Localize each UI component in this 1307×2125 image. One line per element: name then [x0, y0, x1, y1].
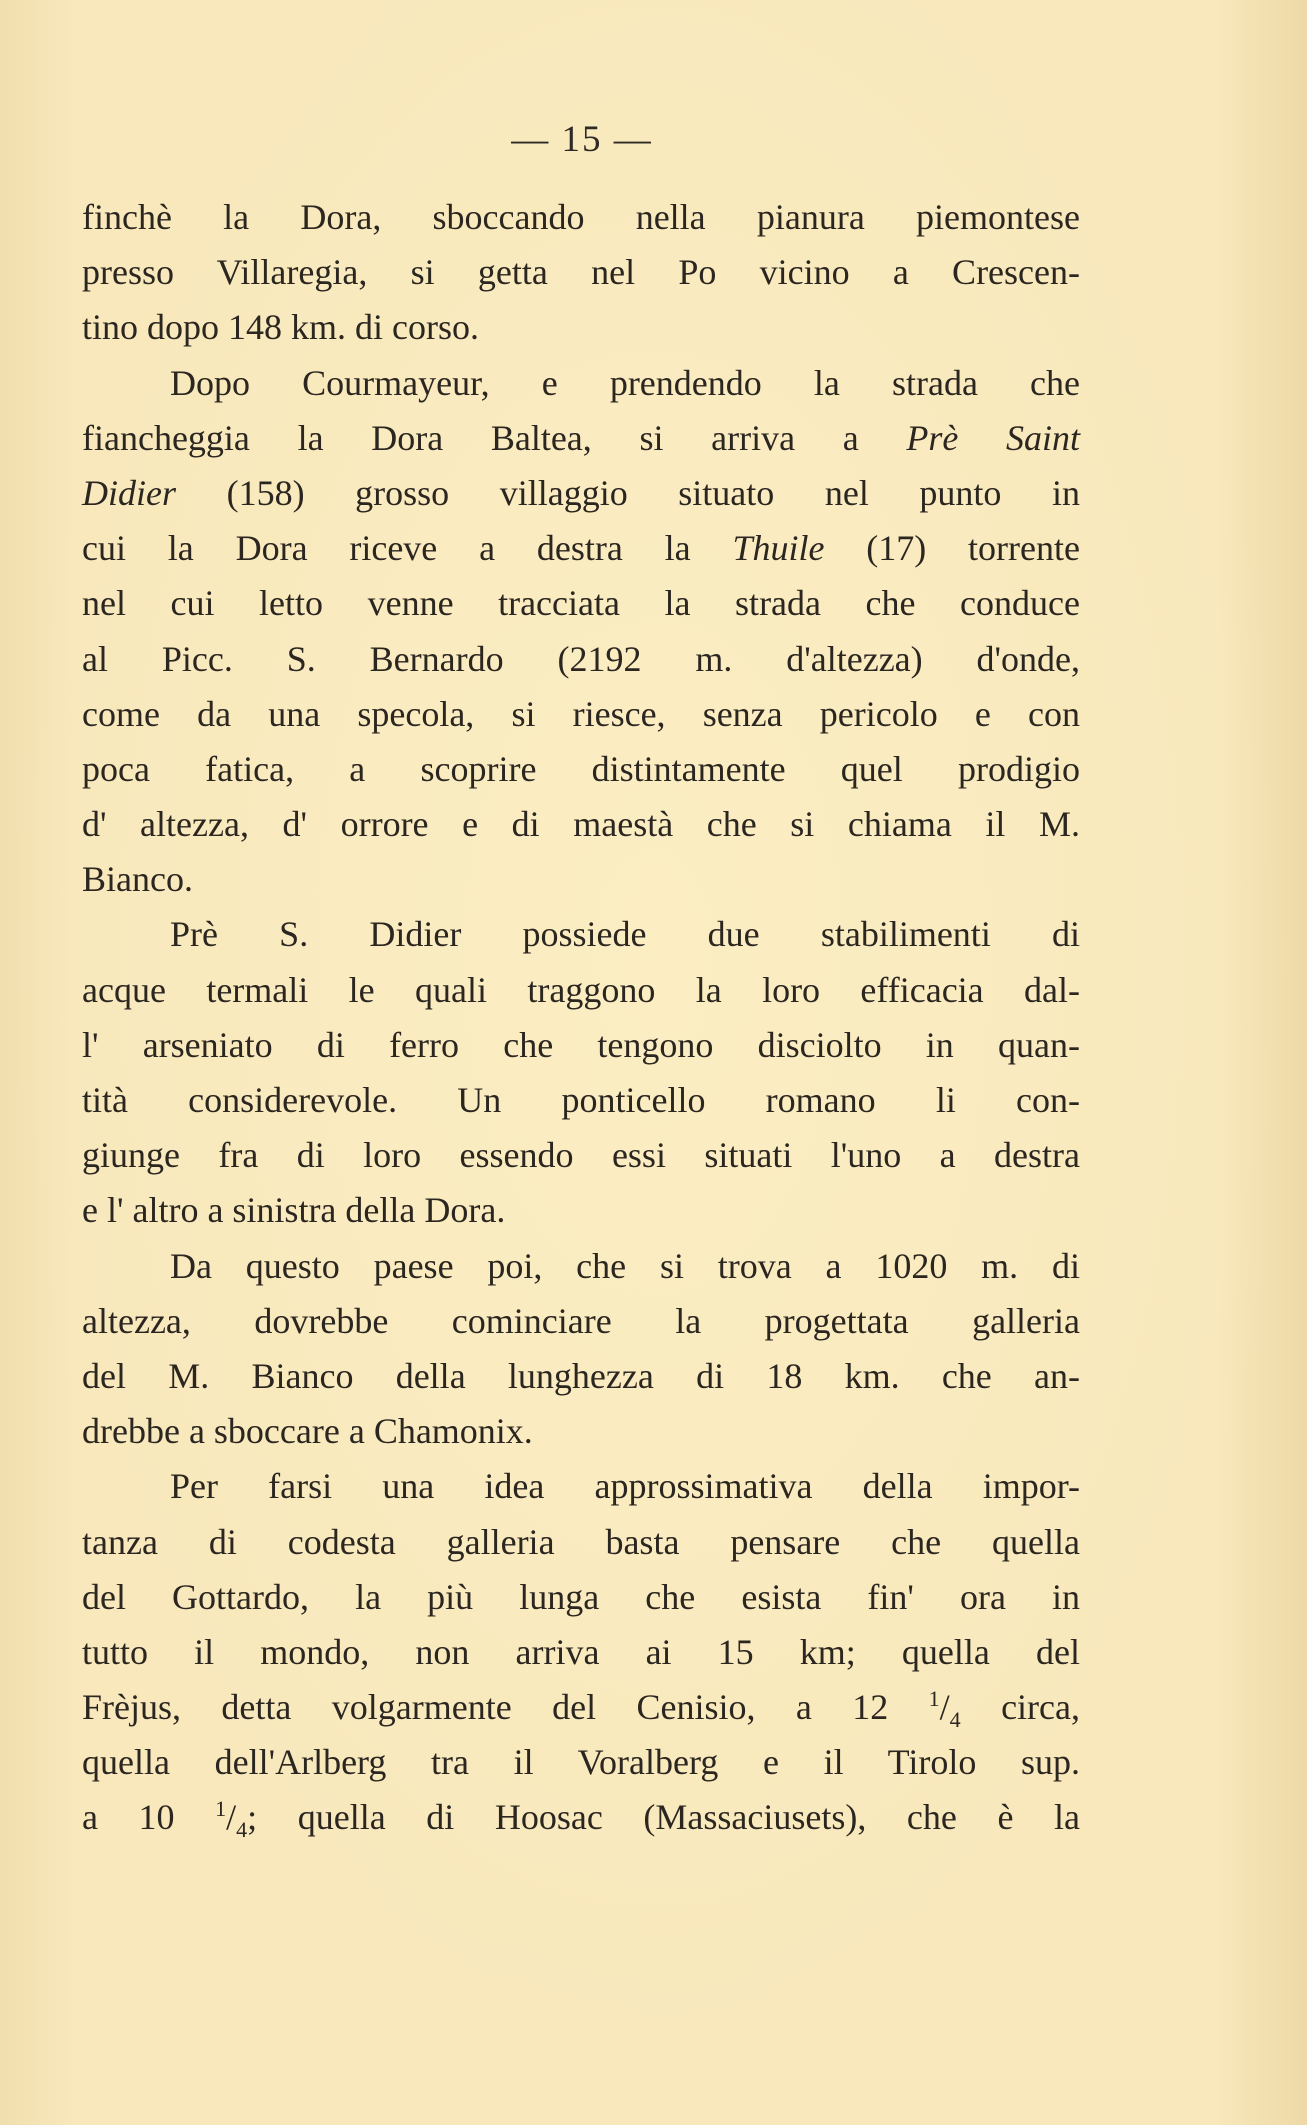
- text-span: (17) torrente: [824, 528, 1080, 568]
- text-line: del Gottardo, la più lunga che esista fi…: [82, 1570, 1080, 1625]
- text-line: Dopo Courmayeur, e prendendo la strada c…: [82, 356, 1080, 411]
- text-span: (158) grosso villaggio situato nel punto…: [176, 473, 1080, 513]
- page-number: — 15 —: [82, 118, 1082, 161]
- text-line: al Picc. S. Bernardo (2192 m. d'altezza)…: [82, 632, 1080, 687]
- text-line: quella dell'Arlberg tra il Voralberg e i…: [82, 1735, 1080, 1790]
- text-span: a 10: [82, 1797, 215, 1837]
- text-line: l' arseniato di ferro che tengono discio…: [82, 1018, 1080, 1073]
- body-text: finchè la Dora, sboccando nella pianura …: [82, 190, 1082, 1846]
- text-line: e l' altro a sinistra della Dora.: [82, 1183, 1080, 1238]
- place-name-italic: Didier: [82, 473, 176, 513]
- text-line: fiancheggia la Dora Baltea, si arriva a …: [82, 411, 1080, 466]
- text-line: come da una specola, si riesce, senza pe…: [82, 687, 1080, 742]
- text-line: del M. Bianco della lunghezza di 18 km. …: [82, 1349, 1080, 1404]
- text-line: Per farsi una idea approssimativa della …: [82, 1459, 1080, 1514]
- text-line: d' altezza, d' orrore e di maestà che si…: [82, 797, 1080, 852]
- text-line: finchè la Dora, sboccando nella pianura …: [82, 190, 1080, 245]
- fraction-denominator: 4: [236, 1818, 247, 1843]
- text-line: Prè S. Didier possiede due stabilimenti …: [82, 907, 1080, 962]
- text-line: poca fatica, a scoprire distintamente qu…: [82, 742, 1080, 797]
- text-span: ; quella di Hoosac (Massaciusets), che è…: [247, 1797, 1080, 1837]
- text-line: Didier (158) grosso villaggio situato ne…: [82, 466, 1080, 521]
- text-line: acque termali le quali traggono la loro …: [82, 963, 1080, 1018]
- text-line: nel cui letto venne tracciata la strada …: [82, 576, 1080, 631]
- place-name-italic: Prè Saint: [906, 418, 1080, 458]
- text-line: tutto il mondo, non arriva ai 15 km; que…: [82, 1625, 1080, 1680]
- text-line: a 10 1/4; quella di Hoosac (Massaciusets…: [82, 1790, 1080, 1845]
- text-line: tino dopo 148 km. di corso.: [82, 300, 1080, 355]
- text-line: tità considerevole. Un ponticello romano…: [82, 1073, 1080, 1128]
- text-line: presso Villaregia, si getta nel Po vicin…: [82, 245, 1080, 300]
- text-line: cui la Dora riceve a destra la Thuile (1…: [82, 521, 1080, 576]
- text-line: drebbe a sboccare a Chamonix.: [82, 1404, 1080, 1459]
- text-span: fiancheggia la Dora Baltea, si arriva a: [82, 418, 906, 458]
- text-line: tanza di codesta galleria basta pensare …: [82, 1515, 1080, 1570]
- fraction-numerator: 1: [929, 1686, 940, 1711]
- text-span: cui la Dora riceve a destra la: [82, 528, 732, 568]
- text-line: Frèjus, detta volgarmente del Cenisio, a…: [82, 1680, 1080, 1735]
- fraction-denominator: 4: [950, 1707, 961, 1732]
- text-line: Da questo paese poi, che si trova a 1020…: [82, 1239, 1080, 1294]
- fraction: 1/4: [215, 1797, 247, 1837]
- text-span: circa,: [961, 1687, 1080, 1727]
- text-span: Frèjus, detta volgarmente del Cenisio, a…: [82, 1687, 929, 1727]
- place-name-italic: Thuile: [732, 528, 824, 568]
- fraction-numerator: 1: [215, 1796, 226, 1821]
- fraction: 1/4: [929, 1687, 961, 1727]
- text-line: Bianco.: [82, 852, 1080, 907]
- text-line: altezza, dovrebbe cominciare la progetta…: [82, 1294, 1080, 1349]
- text-line: giunge fra di loro essendo essi situati …: [82, 1128, 1080, 1183]
